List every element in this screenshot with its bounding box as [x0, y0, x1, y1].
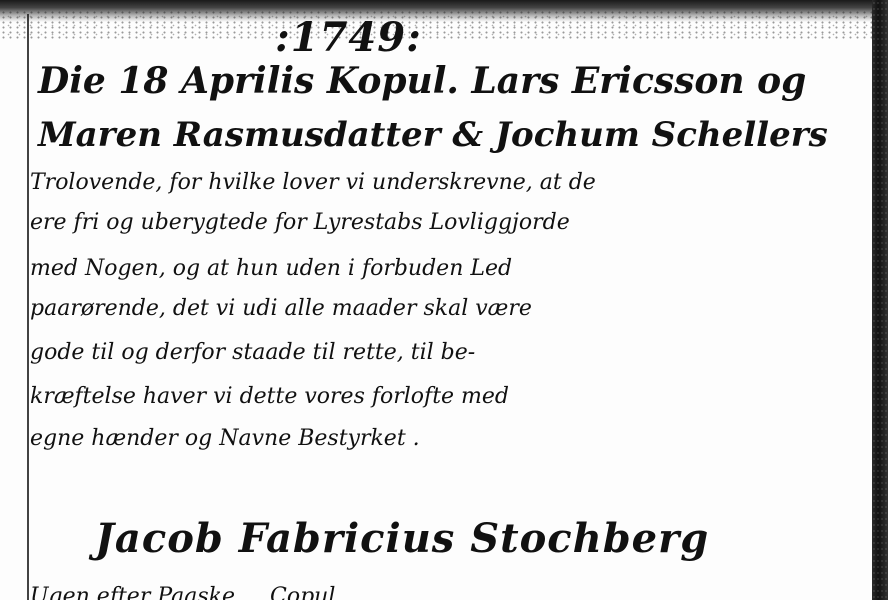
text-line-5: med Nogen, og at hun uden i forbuden Led	[30, 258, 512, 280]
margin-rule	[27, 14, 29, 600]
binding-noise	[872, 0, 888, 600]
signature: Jacob Fabricius Stochberg	[95, 515, 709, 562]
scan-noise	[0, 10, 888, 40]
text-line-4: ere fri og uberygtede for Lyrestabs Lovl…	[30, 212, 570, 234]
text-line-6: paarørende, det vi udi alle maader skal …	[30, 298, 532, 320]
text-line-3: Trolovende, for hvilke lover vi underskr…	[30, 172, 596, 194]
text-line-2: Maren Rasmusdatter & Jochum Schellers	[38, 118, 828, 152]
manuscript-page: :1749: Die 18 Aprilis Kopul. Lars Ericss…	[0, 0, 888, 600]
cut-off-text-line: Ugen efter Paaske ... Copul. ...	[30, 584, 830, 600]
text-line-8: kræftelse haver vi dette vores forlofte …	[30, 386, 509, 408]
text-line-9: egne hænder og Navne Bestyrket .	[30, 428, 420, 450]
text-line-7: gode til og derfor staade til rette, til…	[30, 342, 475, 364]
year-heading: :1749:	[275, 14, 422, 61]
text-line-1: Die 18 Aprilis Kopul. Lars Ericsson og	[38, 63, 806, 99]
